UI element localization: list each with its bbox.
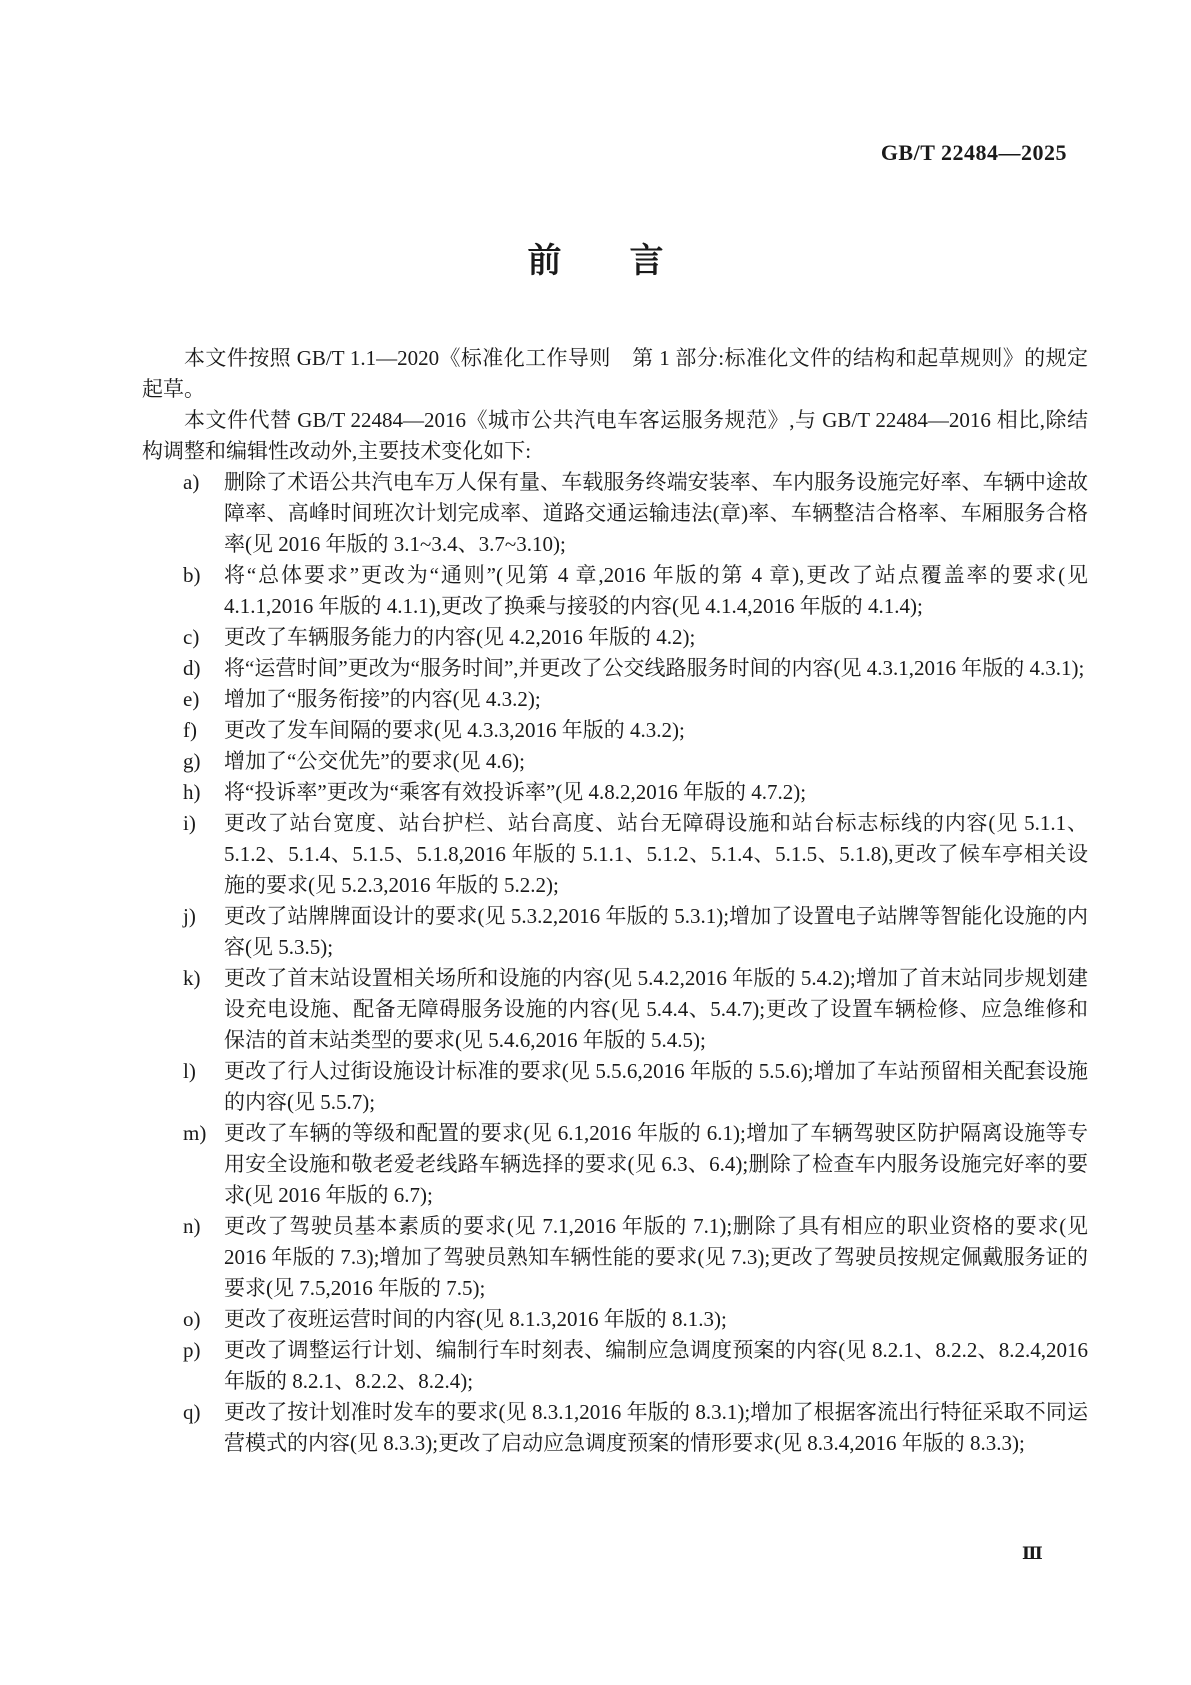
change-item-text: 更改了站台宽度、站台护栏、站台高度、站台无障碍设施和站台标志标线的内容(见 5.… bbox=[224, 811, 1088, 897]
change-item-label: p) bbox=[183, 1335, 201, 1366]
change-item-text: 将“投诉率”更改为“乘客有效投诉率”(见 4.8.2,2016 年版的 4.7.… bbox=[224, 780, 806, 804]
standard-code: GB/T 22484—2025 bbox=[881, 140, 1067, 166]
change-item-text: 更改了夜班运营时间的内容(见 8.1.3,2016 年版的 8.1.3); bbox=[224, 1307, 727, 1331]
change-item-text: 更改了调整运行计划、编制行车时刻表、编制应急调度预案的内容(见 8.2.1、8.… bbox=[224, 1338, 1088, 1393]
change-item-a: a) 删除了术语公共汽电车万人保有量、车载服务终端安装率、车内服务设施完好率、车… bbox=[142, 467, 1088, 560]
change-item-text: 更改了车辆服务能力的内容(见 4.2,2016 年版的 4.2); bbox=[224, 625, 695, 649]
change-item-i: i) 更改了站台宽度、站台护栏、站台高度、站台无障碍设施和站台标志标线的内容(见… bbox=[142, 808, 1088, 901]
change-item-q: q) 更改了按计划准时发车的要求(见 8.3.1,2016 年版的 8.3.1)… bbox=[142, 1397, 1088, 1459]
change-item-text: 将“运营时间”更改为“服务时间”,并更改了公交线路服务时间的内容(见 4.3.1… bbox=[224, 656, 1084, 680]
change-item-label: e) bbox=[183, 684, 199, 715]
change-item-text: 更改了站牌牌面设计的要求(见 5.3.2,2016 年版的 5.3.1);增加了… bbox=[224, 904, 1088, 959]
change-item-j: j) 更改了站牌牌面设计的要求(见 5.3.2,2016 年版的 5.3.1);… bbox=[142, 901, 1088, 963]
change-item-m: m) 更改了车辆的等级和配置的要求(见 6.1,2016 年版的 6.1);增加… bbox=[142, 1118, 1088, 1211]
change-item-label: n) bbox=[183, 1211, 201, 1242]
change-item-n: n) 更改了驾驶员基本素质的要求(见 7.1,2016 年版的 7.1);删除了… bbox=[142, 1211, 1088, 1304]
change-item-e: e) 增加了“服务衔接”的内容(见 4.3.2); bbox=[142, 684, 1088, 715]
change-item-text: 增加了“公交优先”的要求(见 4.6); bbox=[224, 749, 525, 773]
change-item-g: g) 增加了“公交优先”的要求(见 4.6); bbox=[142, 746, 1088, 777]
change-item-label: d) bbox=[183, 653, 201, 684]
change-item-label: k) bbox=[183, 963, 201, 994]
change-item-label: o) bbox=[183, 1304, 201, 1335]
change-item-d: d) 将“运营时间”更改为“服务时间”,并更改了公交线路服务时间的内容(见 4.… bbox=[142, 653, 1088, 684]
change-item-text: 增加了“服务衔接”的内容(见 4.3.2); bbox=[224, 687, 541, 711]
change-item-f: f) 更改了发车间隔的要求(见 4.3.3,2016 年版的 4.3.2); bbox=[142, 715, 1088, 746]
change-item-p: p) 更改了调整运行计划、编制行车时刻表、编制应急调度预案的内容(见 8.2.1… bbox=[142, 1335, 1088, 1397]
change-item-text: 更改了发车间隔的要求(见 4.3.3,2016 年版的 4.3.2); bbox=[224, 718, 685, 742]
change-item-label: m) bbox=[183, 1118, 206, 1149]
change-item-label: j) bbox=[183, 901, 196, 932]
change-item-o: o) 更改了夜班运营时间的内容(见 8.1.3,2016 年版的 8.1.3); bbox=[142, 1304, 1088, 1335]
change-item-k: k) 更改了首末站设置相关场所和设施的内容(见 5.4.2,2016 年版的 5… bbox=[142, 963, 1088, 1056]
change-item-text: 更改了首末站设置相关场所和设施的内容(见 5.4.2,2016 年版的 5.4.… bbox=[224, 966, 1088, 1052]
change-item-label: a) bbox=[183, 467, 199, 498]
change-item-text: 更改了行人过街设施设计标准的要求(见 5.5.6,2016 年版的 5.5.6)… bbox=[224, 1059, 1088, 1114]
change-item-h: h) 将“投诉率”更改为“乘客有效投诉率”(见 4.8.2,2016 年版的 4… bbox=[142, 777, 1088, 808]
change-item-c: c) 更改了车辆服务能力的内容(见 4.2,2016 年版的 4.2); bbox=[142, 622, 1088, 653]
change-item-label: h) bbox=[183, 777, 201, 808]
change-item-text: 删除了术语公共汽电车万人保有量、车载服务终端安装率、车内服务设施完好率、车辆中途… bbox=[224, 470, 1088, 556]
change-item-label: f) bbox=[183, 715, 197, 746]
page-number: Ⅲ bbox=[1022, 1544, 1043, 1564]
document-body: 本文件按照 GB/T 1.1—2020《标准化工作导则 第 1 部分:标准化文件… bbox=[142, 343, 1088, 1459]
change-item-label: c) bbox=[183, 622, 199, 653]
change-item-text: 更改了车辆的等级和配置的要求(见 6.1,2016 年版的 6.1);增加了车辆… bbox=[224, 1121, 1088, 1207]
change-item-label: i) bbox=[183, 808, 196, 839]
page-title: 前 言 bbox=[0, 233, 1191, 282]
change-item-label: l) bbox=[183, 1056, 196, 1087]
intro-paragraph-2: 本文件代替 GB/T 22484—2016《城市公共汽电车客运服务规范》,与 G… bbox=[142, 405, 1088, 467]
change-item-l: l) 更改了行人过街设施设计标准的要求(见 5.5.6,2016 年版的 5.5… bbox=[142, 1056, 1088, 1118]
change-item-label: b) bbox=[183, 560, 201, 591]
change-item-text: 更改了驾驶员基本素质的要求(见 7.1,2016 年版的 7.1);删除了具有相… bbox=[224, 1214, 1088, 1300]
change-item-b: b) 将“总体要求”更改为“通则”(见第 4 章,2016 年版的第 4 章),… bbox=[142, 560, 1088, 622]
change-item-text: 更改了按计划准时发车的要求(见 8.3.1,2016 年版的 8.3.1);增加… bbox=[224, 1400, 1088, 1455]
change-item-label: q) bbox=[183, 1397, 201, 1428]
document-page: GB/T 22484—2025 前 言 本文件按照 GB/T 1.1—2020《… bbox=[0, 0, 1191, 1685]
intro-paragraph-1: 本文件按照 GB/T 1.1—2020《标准化工作导则 第 1 部分:标准化文件… bbox=[142, 343, 1088, 405]
change-item-text: 将“总体要求”更改为“通则”(见第 4 章,2016 年版的第 4 章),更改了… bbox=[224, 563, 1088, 618]
change-item-label: g) bbox=[183, 746, 201, 777]
